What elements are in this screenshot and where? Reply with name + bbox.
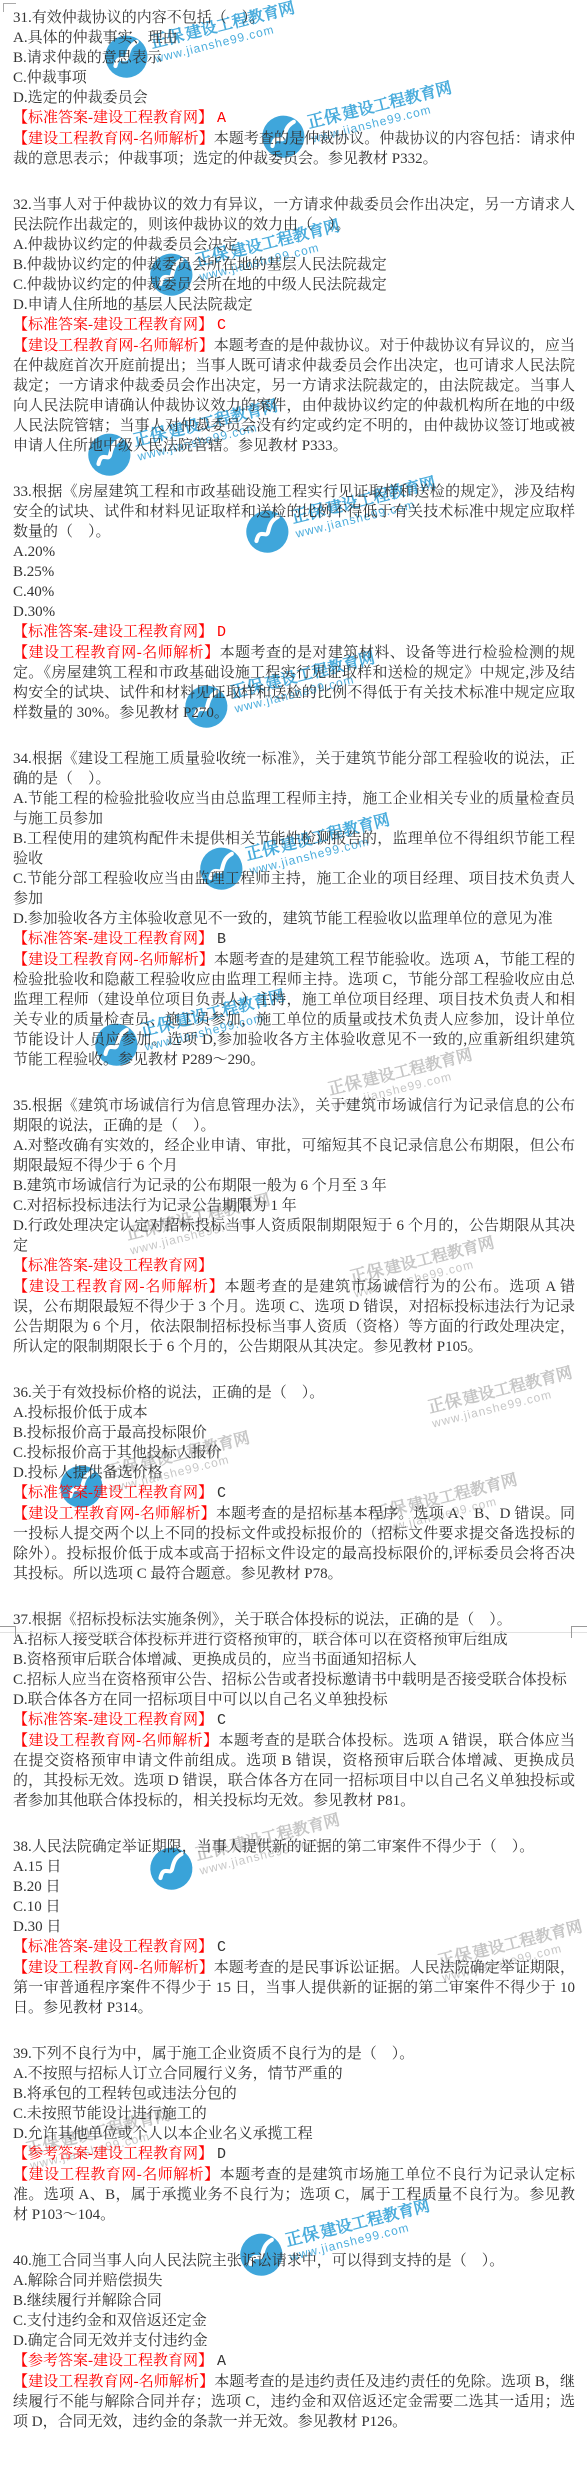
answer-value: A bbox=[217, 2353, 226, 2370]
option-a: A.投标报价低于成本 bbox=[13, 1403, 575, 1423]
option-c: C.支付违约金和双倍返还定金 bbox=[13, 2311, 575, 2331]
option-d: D.确定合同无效并支付违约金 bbox=[13, 2331, 575, 2351]
option-a: A.节能工程的检验批验收应当由总监理工程师主持，施工企业相关专业的质量检查员与施… bbox=[13, 789, 575, 829]
analysis-label: 【建设工程教育网-名师解析】 bbox=[13, 645, 220, 661]
question-stem: 35.根据《建筑市场诚信行为信息管理办法》，关于建筑市场诚信行为记录信息的公布期… bbox=[13, 1096, 575, 1136]
option-d: D.参加验收各方主体验收意见不一致的，建筑节能工程验收以监理单位的意见为准 bbox=[13, 909, 575, 929]
option-d: D.30 日 bbox=[13, 1917, 575, 1937]
analysis-line: 【建设工程教育网-名师解析】本题考查的是招标基本程序。选项 A、B、D 错误。同… bbox=[13, 1504, 575, 1584]
question-number: 31. bbox=[13, 10, 32, 26]
answer-value: C bbox=[217, 317, 226, 334]
option-d: D.行政处理决定认定对招标投标当事人资质限制期限短于 6 个月的，公告期限从其决… bbox=[13, 1216, 575, 1256]
option-a: A.解除合同并赔偿损失 bbox=[13, 2271, 575, 2291]
analysis-text: 本题考查的是仲裁协议。对于仲裁协议有异议的，应当在仲裁庭首次开庭前提出；当事人既… bbox=[13, 338, 575, 454]
analysis-label: 【建设工程教育网-名师解析】 bbox=[13, 1733, 218, 1749]
option-c: C.招标人应当在资格预审公告、招标公告或者投标邀请书中载明是否接受联合体投标 bbox=[13, 1670, 575, 1690]
question-number: 33. bbox=[13, 484, 32, 500]
page-break-mark-right bbox=[571, 1626, 587, 1638]
answer-label: 【参考答案-建设工程教育网】 bbox=[13, 2146, 213, 2162]
analysis-text: 本题考查的是建筑工程节能验收。选项 A，节能工程的检验批验收和隐蔽工程验收应由监… bbox=[13, 952, 575, 1068]
option-a: A.招标人接受联合体投标并进行资格预审的，联合体可以在资格预审后组成 bbox=[13, 1630, 575, 1650]
answer-value: D bbox=[217, 2146, 226, 2163]
option-a: A.仲裁协议约定的仲裁委员会决定 bbox=[13, 235, 575, 255]
answer-value: C bbox=[217, 1712, 226, 1729]
answer-line: 【参考答案-建设工程教育网】D bbox=[13, 2144, 575, 2165]
answer-line: 【标准答案-建设工程教育网】 bbox=[13, 1256, 575, 1277]
option-b: B.建筑市场诚信行为记录的公布期限一般为 6 个月至 3 年 bbox=[13, 1176, 575, 1196]
option-d: D.申请人住所地的基层人民法院裁定 bbox=[13, 295, 575, 315]
question-stem: 39.下列不良行为中，属于施工企业资质不良行为的是（ ）。 bbox=[13, 2044, 575, 2064]
answer-line: 【标准答案-建设工程教育网】B bbox=[13, 929, 575, 950]
answer-label: 【标准答案-建设工程教育网】 bbox=[13, 317, 213, 333]
question-number: 40. bbox=[13, 2253, 32, 2269]
analysis-label: 【建设工程教育网-名师解析】 bbox=[13, 952, 214, 968]
answer-label: 【标准答案-建设工程教育网】 bbox=[13, 1939, 213, 1955]
answer-value: C bbox=[217, 1939, 226, 1956]
analysis-line: 【建设工程教育网-名师解析】本题考查的是建筑市场诚信行为的公布。选项 A 错误，… bbox=[13, 1277, 575, 1357]
question-block: 35.根据《建筑市场诚信行为信息管理办法》，关于建筑市场诚信行为记录信息的公布期… bbox=[13, 1096, 575, 1357]
question-stem: 32.当事人对于仲裁协议的效力有异议，一方请求仲裁委员会作出决定，另一方请求人民… bbox=[13, 195, 575, 235]
question-block: 34.根据《建设工程施工质量验收统一标准》，关于建筑节能分部工程验收的说法，正确… bbox=[13, 749, 575, 1070]
page-corner-mark bbox=[3, 3, 16, 12]
question-block: 38.人民法院确定举证期限，当事人提供新的证据的第二审案件不得少于（ ）。 A.… bbox=[13, 1837, 575, 2018]
question-number: 39. bbox=[13, 2046, 32, 2062]
question-stem: 34.根据《建设工程施工质量验收统一标准》，关于建筑节能分部工程验收的说法，正确… bbox=[13, 749, 575, 789]
option-b: B.投标报价高于最高投标限价 bbox=[13, 1423, 575, 1443]
option-b: B.资格预审后联合体增减、更换成员的，应当书面通知招标人 bbox=[13, 1650, 575, 1670]
analysis-label: 【建设工程教育网-名师解析】 bbox=[13, 1506, 216, 1522]
analysis-line: 【建设工程教育网-名师解析】本题考查的是建筑市场施工单位不良行为记录认定标准。选… bbox=[13, 2165, 575, 2225]
option-b: B.20 日 bbox=[13, 1877, 575, 1897]
answer-line: 【标准答案-建设工程教育网】D bbox=[13, 622, 575, 643]
option-a: A.15 日 bbox=[13, 1857, 575, 1877]
question-block: 33.根据《房屋建筑工程和市政基础设施工程实行见证取样和送检的规定》，涉及结构安… bbox=[13, 482, 575, 723]
option-c: C.仲裁协议约定的仲裁委员会所在地的中级人民法院裁定 bbox=[13, 275, 575, 295]
answer-line: 【标准答案-建设工程教育网】C bbox=[13, 1710, 575, 1731]
question-block: 37.根据《招标投标法实施条例》，关于联合体投标的说法，正确的是（ ）。 A.招… bbox=[13, 1610, 575, 1811]
question-number: 32. bbox=[13, 197, 32, 213]
analysis-label: 【建设工程教育网-名师解析】 bbox=[13, 2167, 220, 2183]
answer-line: 【标准答案-建设工程教育网】C bbox=[13, 1937, 575, 1958]
option-a: A.不按照与招标人订立合同履行义务，情节严重的 bbox=[13, 2064, 575, 2084]
page-break-line bbox=[0, 1632, 587, 1633]
answer-line: 【标准答案-建设工程教育网】A bbox=[13, 108, 575, 129]
analysis-line: 【建设工程教育网-名师解析】本题考查的是对建筑材料、设备等进行检验检测的规定。《… bbox=[13, 643, 575, 723]
option-a: A.具体的仲裁事实、理由 bbox=[13, 28, 575, 48]
answer-label: 【标准答案-建设工程教育网】 bbox=[13, 1485, 213, 1501]
option-b: B.工程使用的建筑构配件未提供相关节能性检测报告的，监理单位不得组织节能工程验收 bbox=[13, 829, 575, 869]
option-d: D.选定的仲裁委员会 bbox=[13, 88, 575, 108]
page-break-mark-left bbox=[0, 1626, 16, 1638]
question-block: 32.当事人对于仲裁协议的效力有异议，一方请求仲裁委员会作出决定，另一方请求人民… bbox=[13, 195, 575, 456]
analysis-label: 【建设工程教育网-名师解析】 bbox=[13, 338, 214, 354]
option-c: C.投标报价高于其他投标人报价 bbox=[13, 1443, 575, 1463]
answer-value: C bbox=[217, 1485, 226, 1502]
question-stem: 37.根据《招标投标法实施条例》，关于联合体投标的说法，正确的是（ ）。 bbox=[13, 1610, 575, 1630]
option-b: B.将承包的工程转包或违法分包的 bbox=[13, 2084, 575, 2104]
option-c: C.仲裁事项 bbox=[13, 68, 575, 88]
answer-line: 【参考答案-建设工程教育网】A bbox=[13, 2351, 575, 2372]
question-stem: 31.有效仲裁协议的内容不包括（ ）。 bbox=[13, 8, 575, 28]
question-stem: 33.根据《房屋建筑工程和市政基础设施工程实行见证取样和送检的规定》，涉及结构安… bbox=[13, 482, 575, 542]
option-c: C.对招标投标违法行为记录公告期限为 1 年 bbox=[13, 1196, 575, 1216]
answer-value: B bbox=[217, 931, 226, 948]
question-block: 31.有效仲裁协议的内容不包括（ ）。 A.具体的仲裁事实、理由B.请求仲裁的意… bbox=[13, 8, 575, 169]
option-b: B.仲裁协议约定的仲裁委员会所在地的基层人民法院裁定 bbox=[13, 255, 575, 275]
answer-label: 【参考答案-建设工程教育网】 bbox=[13, 2353, 213, 2369]
answer-label: 【标准答案-建设工程教育网】 bbox=[13, 110, 213, 126]
answer-label: 【标准答案-建设工程教育网】 bbox=[13, 1712, 213, 1728]
answer-label: 【标准答案-建设工程教育网】 bbox=[13, 624, 213, 640]
analysis-label: 【建设工程教育网-名师解析】 bbox=[13, 1279, 224, 1295]
analysis-line: 【建设工程教育网-名师解析】本题考查的是联合体投标。选项 A 错误，联合体应当在… bbox=[13, 1731, 575, 1811]
analysis-label: 【建设工程教育网-名师解析】 bbox=[13, 131, 214, 147]
answer-label: 【标准答案-建设工程教育网】 bbox=[13, 1258, 213, 1274]
option-c: C.未按照节能设计进行施工的 bbox=[13, 2104, 575, 2124]
answer-label: 【标准答案-建设工程教育网】 bbox=[13, 931, 213, 947]
question-number: 34. bbox=[13, 751, 32, 767]
question-number: 36. bbox=[13, 1385, 32, 1401]
option-c: C.节能分部工程验收应当由监理工程师主持，施工企业的项目经理、项目技术负责人参加 bbox=[13, 869, 575, 909]
analysis-label: 【建设工程教育网-名师解析】 bbox=[13, 2374, 214, 2390]
option-d: D.投标人提供备选价格 bbox=[13, 1463, 575, 1483]
answer-value: D bbox=[217, 624, 226, 641]
option-d: D.允许其他单位或个人以本企业名义承揽工程 bbox=[13, 2124, 575, 2144]
analysis-line: 【建设工程教育网-名师解析】本题考查的是仲裁协议。对于仲裁协议有异议的，应当在仲… bbox=[13, 336, 575, 456]
question-stem: 36.关于有效投标价格的说法，正确的是（ ）。 bbox=[13, 1383, 575, 1403]
option-b: B.25% bbox=[13, 562, 575, 582]
option-c: C.40% bbox=[13, 582, 575, 602]
analysis-line: 【建设工程教育网-名师解析】本题考查的是仲裁协议。仲裁协议的内容包括：请求仲裁的… bbox=[13, 129, 575, 169]
option-a: A.20% bbox=[13, 542, 575, 562]
question-stem: 38.人民法院确定举证期限，当事人提供新的证据的第二审案件不得少于（ ）。 bbox=[13, 1837, 575, 1857]
question-list: 31.有效仲裁协议的内容不包括（ ）。 A.具体的仲裁事实、理由B.请求仲裁的意… bbox=[0, 0, 587, 2468]
question-number: 35. bbox=[13, 1098, 32, 1114]
analysis-line: 【建设工程教育网-名师解析】本题考查的是民事诉讼证据。人民法院确定举证期限，第一… bbox=[13, 1958, 575, 2018]
answer-line: 【标准答案-建设工程教育网】C bbox=[13, 315, 575, 336]
answer-value: A bbox=[217, 110, 226, 127]
analysis-line: 【建设工程教育网-名师解析】本题考查的是建筑工程节能验收。选项 A，节能工程的检… bbox=[13, 950, 575, 1070]
question-block: 40.施工合同当事人向人民法院主张诉讼请求中，可以得到支持的是（ ）。 A.解除… bbox=[13, 2251, 575, 2432]
option-b: B.继续履行并解除合同 bbox=[13, 2291, 575, 2311]
answer-line: 【标准答案-建设工程教育网】C bbox=[13, 1483, 575, 1504]
analysis-label: 【建设工程教育网-名师解析】 bbox=[13, 1960, 214, 1976]
option-a: A.对整改确有实效的，经企业申请、审批，可缩短其不良记录信息公布期限，但公布期限… bbox=[13, 1136, 575, 1176]
option-c: C.10 日 bbox=[13, 1897, 575, 1917]
question-block: 36.关于有效投标价格的说法，正确的是（ ）。 A.投标报价低于成本B.投标报价… bbox=[13, 1383, 575, 1584]
question-stem: 40.施工合同当事人向人民法院主张诉讼请求中，可以得到支持的是（ ）。 bbox=[13, 2251, 575, 2271]
exam-document-page: 正保建设工程教育网 www.jianshe99.com 正保建设工程教育网 ww… bbox=[0, 0, 587, 2468]
option-b: B.请求仲裁的意思表示 bbox=[13, 48, 575, 68]
option-d: D.30% bbox=[13, 602, 575, 622]
option-d: D.联合体各方在同一招标项目中可以以自己名义单独投标 bbox=[13, 1690, 575, 1710]
question-block: 39.下列不良行为中，属于施工企业资质不良行为的是（ ）。 A.不按照与招标人订… bbox=[13, 2044, 575, 2225]
question-number: 38. bbox=[13, 1839, 32, 1855]
analysis-line: 【建设工程教育网-名师解析】本题考查的是违约责任及违约责任的免除。选项 B，继续… bbox=[13, 2372, 575, 2432]
